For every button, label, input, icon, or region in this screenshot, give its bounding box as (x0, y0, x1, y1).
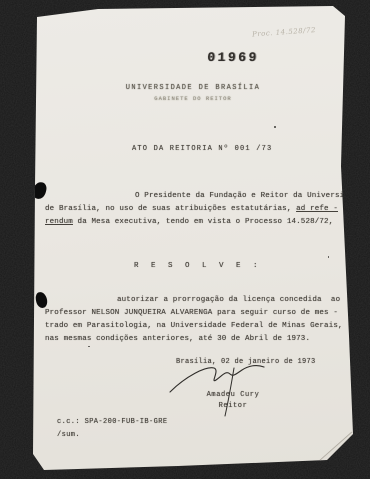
pencil-annotation: Proc. 14.528/72 (252, 24, 352, 39)
preamble-line-1: O Presidente da Fundação e Reitor da Uni… (45, 190, 345, 203)
preamble-line-2: de Brasília, no uso de suas atribuições … (45, 203, 345, 216)
preamble-line-2-text: de Brasília, no uso de suas atribuições … (45, 205, 296, 213)
resolve-heading: R E S O L V E : (134, 262, 262, 270)
resolution-line-2: Professor NELSON JUNQUEIRA ALVARENGA par… (45, 307, 345, 320)
ink-speck (88, 346, 90, 347)
signer-name: Amadeu Cury (178, 391, 288, 399)
ink-speck (274, 126, 276, 128)
typist-initials: /sum. (57, 431, 80, 439)
ad-referendum-part1: ad refe - (296, 205, 338, 213)
preamble-line-3-text: da Mesa executiva, tendo em vista o Proc… (73, 218, 333, 226)
date-line: Brasília, 02 de janeiro de 1973 (176, 358, 316, 366)
signer-title: Reitor (178, 402, 288, 410)
resolution-line-1: autorizar a prorrogação da licença conce… (45, 294, 345, 307)
resolution-line-4: nas mesmas condições anteriores, até 30 … (45, 333, 345, 346)
scanned-document-photo: Proc. 14.528/72 01969 UNIVERSIDADE DE BR… (0, 0, 370, 479)
letterhead-office: GABINETE DO REITOR (108, 95, 278, 102)
protocol-number-stamp: 01969 (178, 50, 289, 65)
preamble-line-3: rendum da Mesa executiva, tendo em vista… (45, 216, 345, 229)
letterhead-institution: UNIVERSIDADE DE BRASÍLIA (108, 84, 278, 92)
ad-referendum-part2: rendum (45, 218, 73, 226)
document-page: Proc. 14.528/72 01969 UNIVERSIDADE DE BR… (28, 6, 354, 472)
resolution-line-3: trado em Parasitologia, na Universidade … (45, 320, 345, 333)
resolution-paragraph: autorizar a prorrogação da licença conce… (45, 294, 345, 346)
act-title: ATO DA REITORIA Nº 001 /73 (132, 145, 272, 153)
ink-speck (328, 256, 329, 258)
preamble-paragraph: O Presidente da Fundação e Reitor da Uni… (45, 190, 345, 229)
carbon-copy-line: c.c.: SPA-200-FUB-IB-GRE (57, 418, 167, 426)
